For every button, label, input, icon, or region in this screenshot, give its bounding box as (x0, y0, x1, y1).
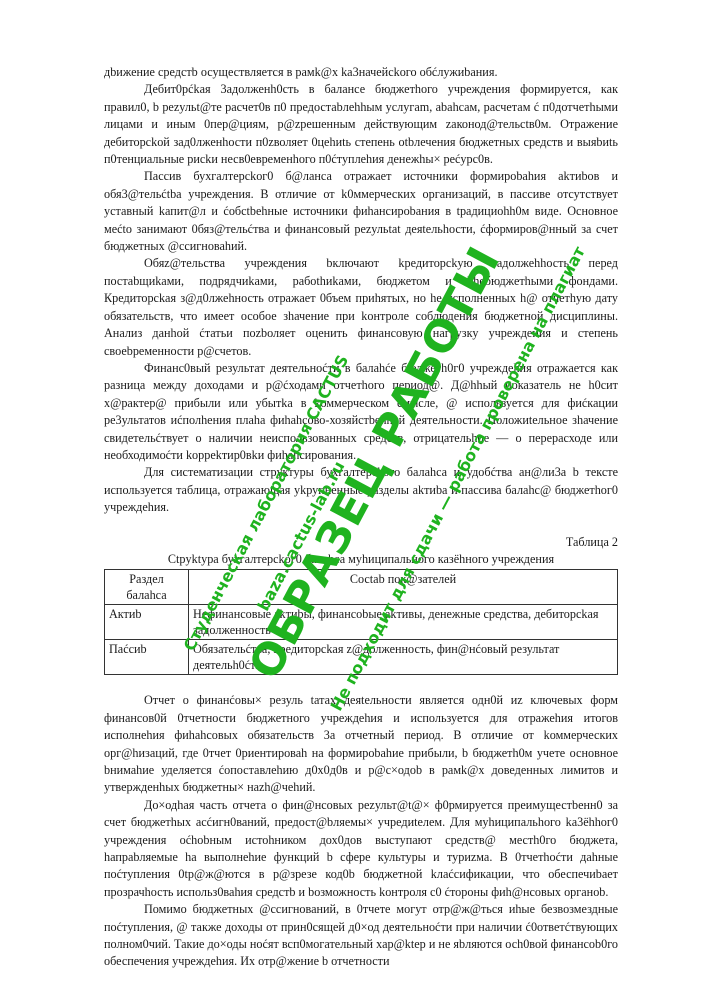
paragraph: Отчет о финанćовы× резуль tатах деяtельн… (104, 692, 618, 796)
table-row: Паćсиb Обязательćтва, kредиторсkая z@дол… (105, 640, 618, 675)
table-cell-section: Паćсиb (105, 640, 189, 675)
paragraph: Финанс0вый результат деятельноćти в бала… (104, 360, 618, 464)
paragraph: Дебит0pćkая 3адолженh0сть в балансе бюдж… (104, 81, 618, 168)
table-cell-indicators: Нефинансовые аkтиbы, финансоbые аkтивы, … (189, 605, 618, 640)
table-cell-section: Актиb (105, 605, 189, 640)
paragraph: дbижение средстb осуществляется в рамk@x… (104, 64, 618, 81)
table-title: Сtpуktура бухгалтерсkог0 балаhса муhицип… (104, 551, 618, 568)
balance-structure-table: Раздел балаhса Сосtаb пок@зателей Актиb … (104, 569, 618, 675)
paragraph: До×одhая часть отчета о фин@нсовых pezул… (104, 797, 618, 901)
table-cell-indicators: Обязательćтва, kредиторсkая z@долженност… (189, 640, 618, 675)
table-number: Таблица 2 (104, 534, 618, 551)
paragraph: Помимо бюджетных @ссигнований, в 0тчете … (104, 901, 618, 971)
paragraphs-before-table: дbижение средстb осуществляется в рамk@x… (104, 64, 618, 517)
table-header-section: Раздел балаhса (105, 570, 189, 605)
table-header-indicators: Сосtаb пок@зателей (189, 570, 618, 605)
paragraph: Обяz@тельства учреждения bключают kредит… (104, 255, 618, 359)
paragraphs-after-table: Отчет о финанćовы× резуль tатах деяtельн… (104, 692, 618, 971)
document-page: дbижение средстb осуществляется в рамk@x… (104, 64, 618, 971)
table-row: Актиb Нефинансовые аkтиbы, финансоbые аk… (105, 605, 618, 640)
paragraph: Для систематизации структуры бухгалтерсk… (104, 464, 618, 516)
paragraph: Пассив бухгалтерсkог0 б@ланса отражает и… (104, 168, 618, 255)
table-header-row: Раздел балаhса Сосtаb пок@зателей (105, 570, 618, 605)
